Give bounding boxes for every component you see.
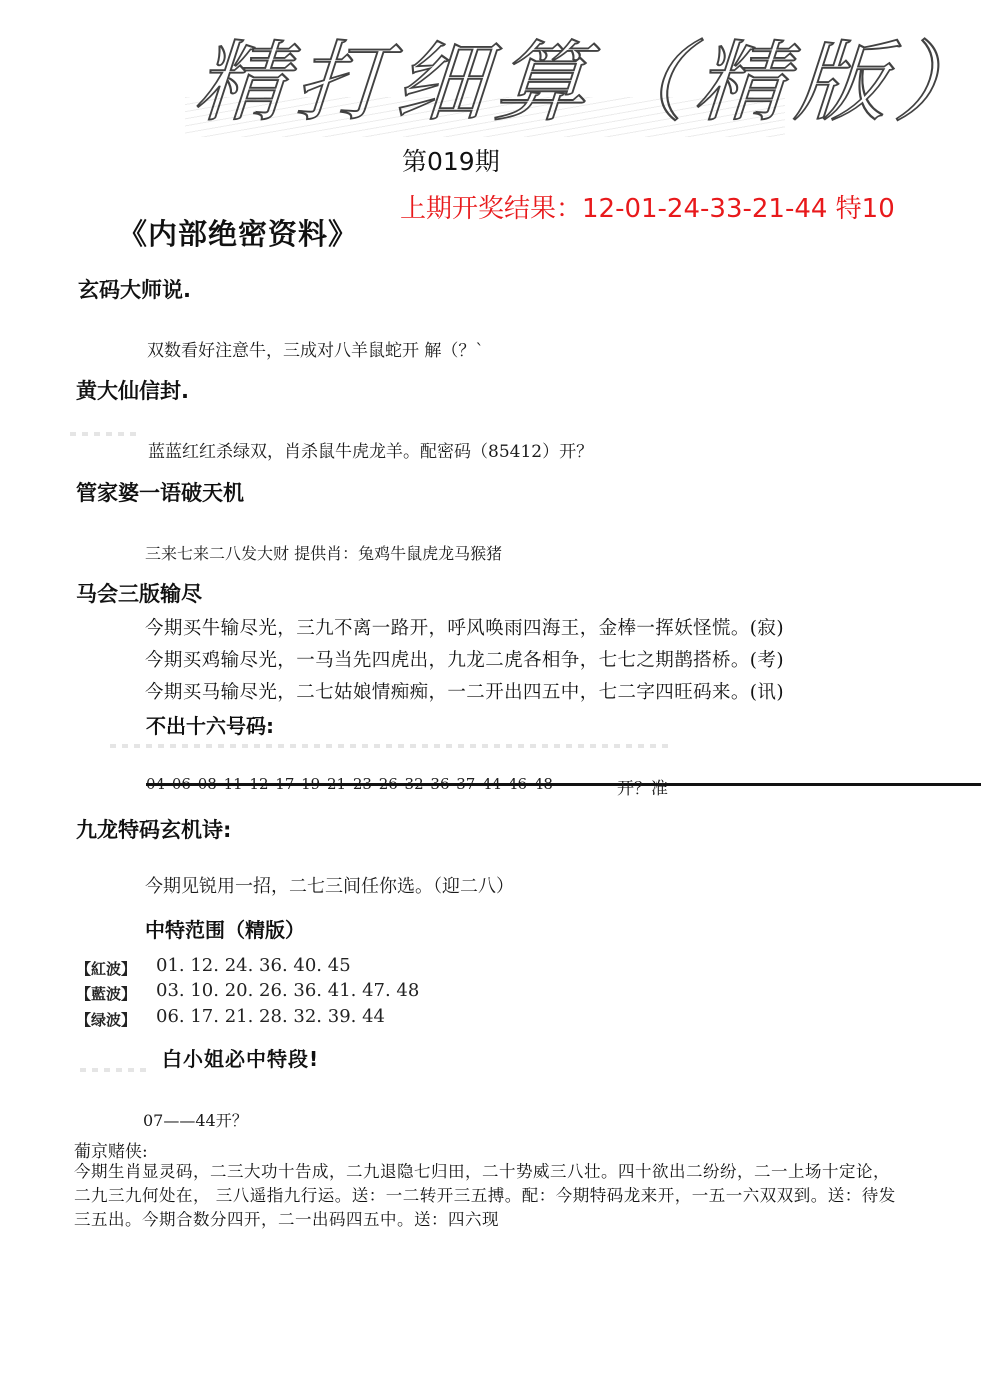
- excluded-suffix: 开？准: [617, 774, 668, 799]
- nine-dragon-text: 今期见锐用一招，二七三间任你选。（迎二八）: [145, 872, 514, 898]
- jockey-line-3: 今期买马输尽光，二七姑娘情痴痴，一二开出四五中，七二字四旺码来。(讯): [145, 678, 784, 704]
- scan-artifact: [70, 432, 140, 436]
- section-heading-macau: 葡京赌侠:: [74, 1137, 148, 1162]
- banner-title: 精打细算（精版）: [185, 22, 785, 137]
- wave-label-red: 【紅波】: [76, 958, 136, 979]
- section-heading-range: 中特范围（精版）: [145, 914, 305, 943]
- macau-paragraph: 今期生肖显灵码，二三大功十告成，二九退隐七归田，二十势威三八壮。四十欲出二纷纷，…: [74, 1160, 904, 1232]
- banner-shadow-decoration: [185, 97, 785, 137]
- housekeeper-text: 三来七来二八发大财 提供肖：兔鸡牛鼠虎龙马猴猪: [145, 541, 502, 564]
- scan-artifact: [110, 744, 670, 748]
- wave-label-green: 【绿波】: [76, 1009, 136, 1030]
- section-heading-housekeeper: 管家婆一语破天机: [76, 477, 244, 507]
- document-title: 《内部绝密资料》: [118, 212, 358, 253]
- issue-number: 第019期: [402, 142, 500, 178]
- miss-bai-text: 07——44开？: [143, 1108, 248, 1131]
- wave-label-blue: 【藍波】: [76, 983, 136, 1004]
- jockey-line-1: 今期买牛输尽光，三九不离一路开，呼风唤雨四海王，金棒一挥妖怪慌。(寂): [145, 614, 784, 640]
- wave-numbers-green: 06. 17. 21. 28. 32. 39. 44: [156, 1006, 385, 1027]
- envelope-text: 蓝蓝红红杀绿双，肖杀鼠牛虎龙羊。配密码（85412）开？: [148, 437, 593, 462]
- excluded-numbers: 04 06 08 11 12 17 19 21 23 26 32 36 37 4…: [146, 775, 981, 793]
- section-heading-miss-bai: 白小姐必中特段!: [162, 1043, 319, 1072]
- strike-through-line: [146, 783, 981, 786]
- wave-numbers-blue: 03. 10. 20. 26. 36. 41. 47. 48: [156, 980, 419, 1001]
- section-heading-nine-dragon: 九龙特码玄机诗:: [76, 814, 231, 844]
- wave-numbers-red: 01. 12. 24. 36. 40. 45: [156, 955, 351, 976]
- section-heading-excluded: 不出十六号码:: [146, 710, 274, 739]
- section-heading-envelope: 黄大仙信封.: [76, 375, 189, 405]
- scan-artifact: [80, 1068, 150, 1072]
- section-heading-jockey: 马会三版输尽: [76, 578, 202, 608]
- jockey-line-2: 今期买鸡输尽光，一马当先四虎出，九龙二虎各相争，七七之期鹊搭桥。(考): [145, 646, 784, 672]
- section-heading-master: 玄码大师说.: [78, 274, 191, 304]
- last-draw-result: 上期开奖结果：12-01-24-33-21-44 特10: [400, 188, 895, 225]
- master-text: 双数看好注意牛，三成对八羊鼠蛇开 解（？`: [147, 336, 484, 361]
